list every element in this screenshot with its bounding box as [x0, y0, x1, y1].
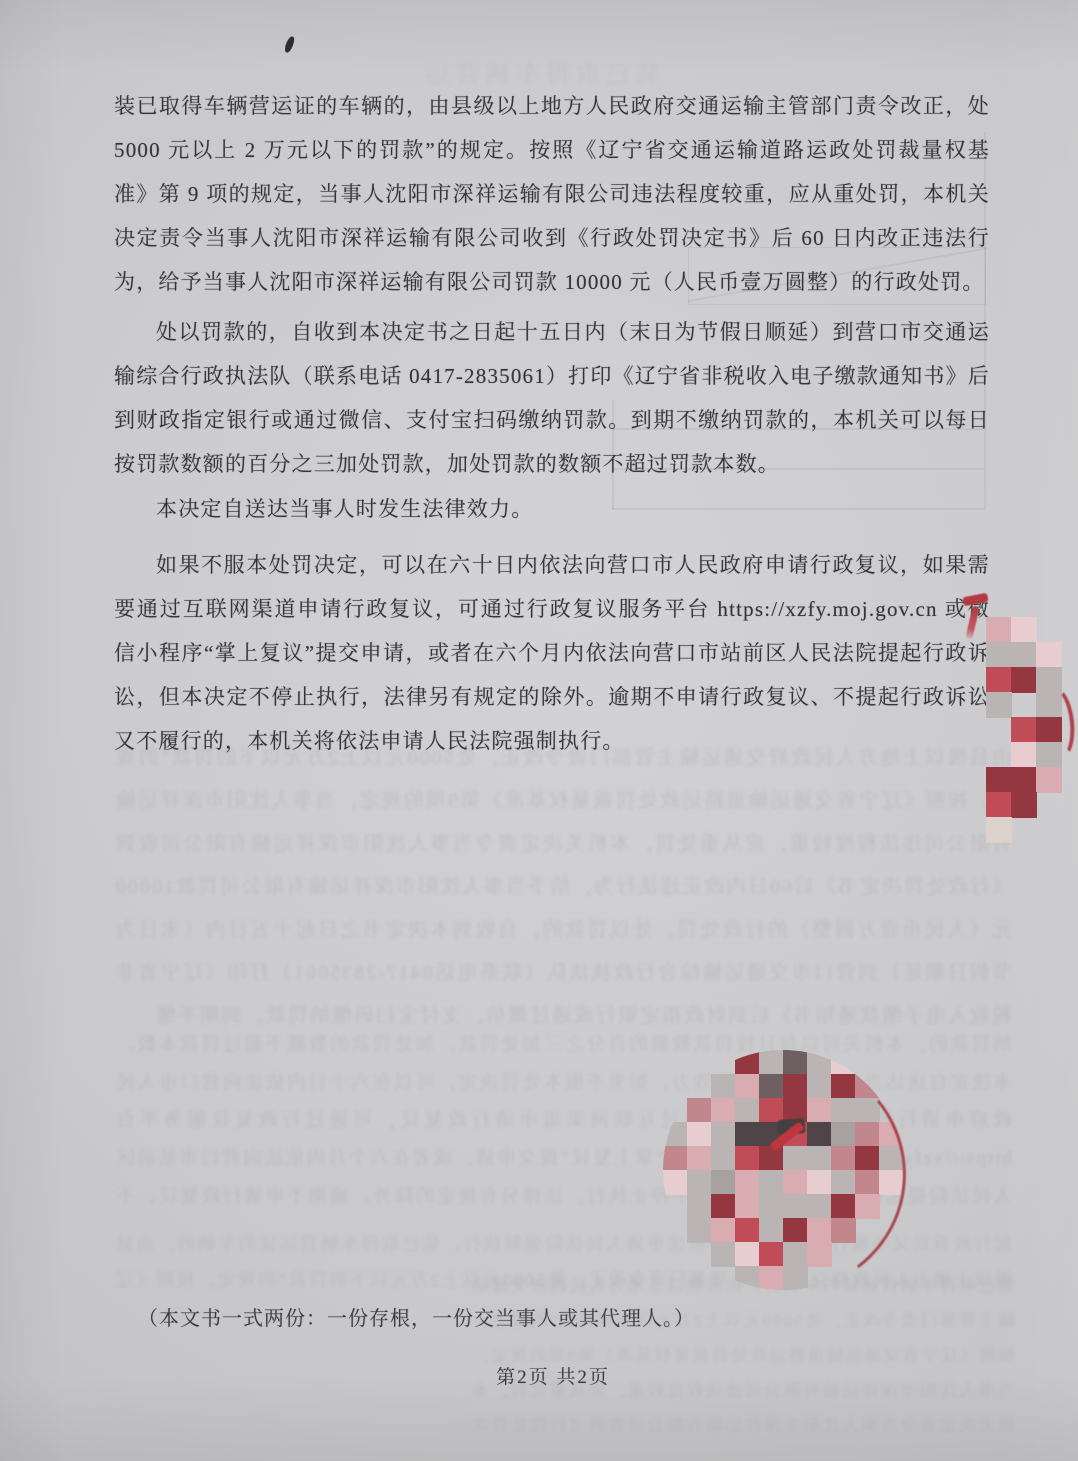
redaction-cell [1011, 717, 1037, 743]
redaction-cell [1036, 767, 1062, 793]
redaction-cell [986, 642, 1012, 668]
body-paragraph: 如果不服本处罚决定，可以在六十日内依法向营口市人民政府申请行政复议，如果需要通过… [114, 543, 990, 763]
redaction-cell [986, 792, 1012, 818]
redaction-cell [1011, 742, 1037, 768]
redaction-cell [1011, 792, 1037, 818]
body-paragraph: 装已取得车辆营运证的车辆的，由县级以上地方人民政府交通运输主管部门责令改正，处 … [114, 84, 990, 304]
redaction-cell [986, 617, 1012, 643]
scanned-page: 装已取得车辆营运证的车辆的，由县级以上地方人民政府交通运输主管部门责令改正，处5… [0, 0, 1078, 1461]
body-paragraph: 处以罚款的，自收到本决定书之日起十五日内（末日为节假日顺延）到营口市交通运输综合… [114, 310, 990, 486]
body-paragraph: 本决定自送达当事人时发生法律效力。 [114, 487, 990, 531]
redaction-cell [1011, 667, 1037, 693]
redaction-cell [986, 767, 1012, 793]
redaction-cell [1011, 642, 1037, 668]
redaction-cell [986, 692, 1012, 718]
redaction-cell [1036, 642, 1062, 668]
scanned-document-photo: { "page": { "paper_color": "#cacacc", "t… [0, 0, 1078, 1461]
redaction-cell [986, 667, 1012, 693]
redaction-cell [986, 817, 1012, 843]
redaction-cell [1011, 617, 1037, 643]
document-body: 装已取得车辆营运证的车辆的，由县级以上地方人民政府交通运输主管部门责令改正，处 … [0, 0, 1078, 1461]
redaction-cell [1011, 767, 1037, 793]
